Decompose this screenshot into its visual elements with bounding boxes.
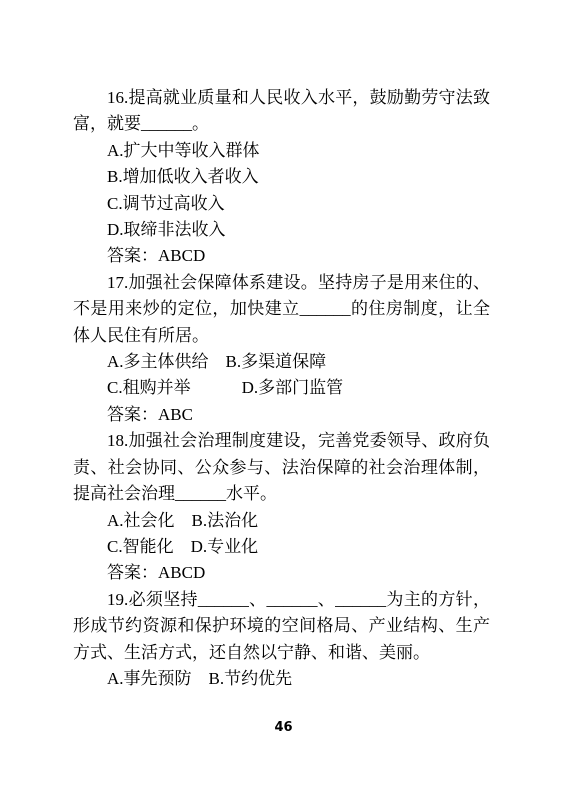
question-19-stem: 19.必须坚持______、______、______为主的方针，形成节约资源和… [73, 587, 490, 666]
question-16-option-b: B.增加低收入者收入 [73, 164, 490, 190]
question-18-options-ab: A.社会化 B.法治化 [73, 508, 490, 534]
question-17-answer: 答案：ABC [73, 402, 490, 428]
question-16-stem: 16.提高就业质量和人民收入水平，鼓励勤劳守法致富，就要______。 [73, 85, 490, 138]
question-16: 16.提高就业质量和人民收入水平，鼓励勤劳守法致富，就要______。 A.扩大… [73, 85, 490, 270]
question-16-option-a: A.扩大中等收入群体 [73, 138, 490, 164]
question-19: 19.必须坚持______、______、______为主的方针，形成节约资源和… [73, 587, 490, 693]
page-number: 46 [274, 720, 292, 735]
question-16-option-c: C.调节过高收入 [73, 191, 490, 217]
page-footer: 46 [0, 720, 567, 735]
question-18-answer: 答案：ABCD [73, 560, 490, 586]
question-17-options-cd: C.租购并举 D.多部门监管 [73, 375, 490, 401]
question-18-options-cd: C.智能化 D.专业化 [73, 534, 490, 560]
question-18: 18.加强社会治理制度建设，完善党委领导、政府负责、社会协同、公众参与、法治保障… [73, 428, 490, 586]
question-19-options-ab: A.事先预防 B.节约优先 [73, 666, 490, 692]
question-17-stem: 17.加强社会保障体系建设。坚持房子是用来住的、不是用来炒的定位，加快建立___… [73, 270, 490, 349]
question-17: 17.加强社会保障体系建设。坚持房子是用来住的、不是用来炒的定位，加快建立___… [73, 270, 490, 428]
question-16-answer: 答案：ABCD [73, 243, 490, 269]
question-17-options-ab: A.多主体供给 B.多渠道保障 [73, 349, 490, 375]
question-16-option-d: D.取缔非法收入 [73, 217, 490, 243]
question-18-stem: 18.加强社会治理制度建设，完善党委领导、政府负责、社会协同、公众参与、法治保障… [73, 428, 490, 507]
document-page: 16.提高就业质量和人民收入水平，鼓励勤劳守法致富，就要______。 A.扩大… [0, 0, 567, 793]
text-block: 16.提高就业质量和人民收入水平，鼓励勤劳守法致富，就要______。 A.扩大… [73, 85, 490, 692]
